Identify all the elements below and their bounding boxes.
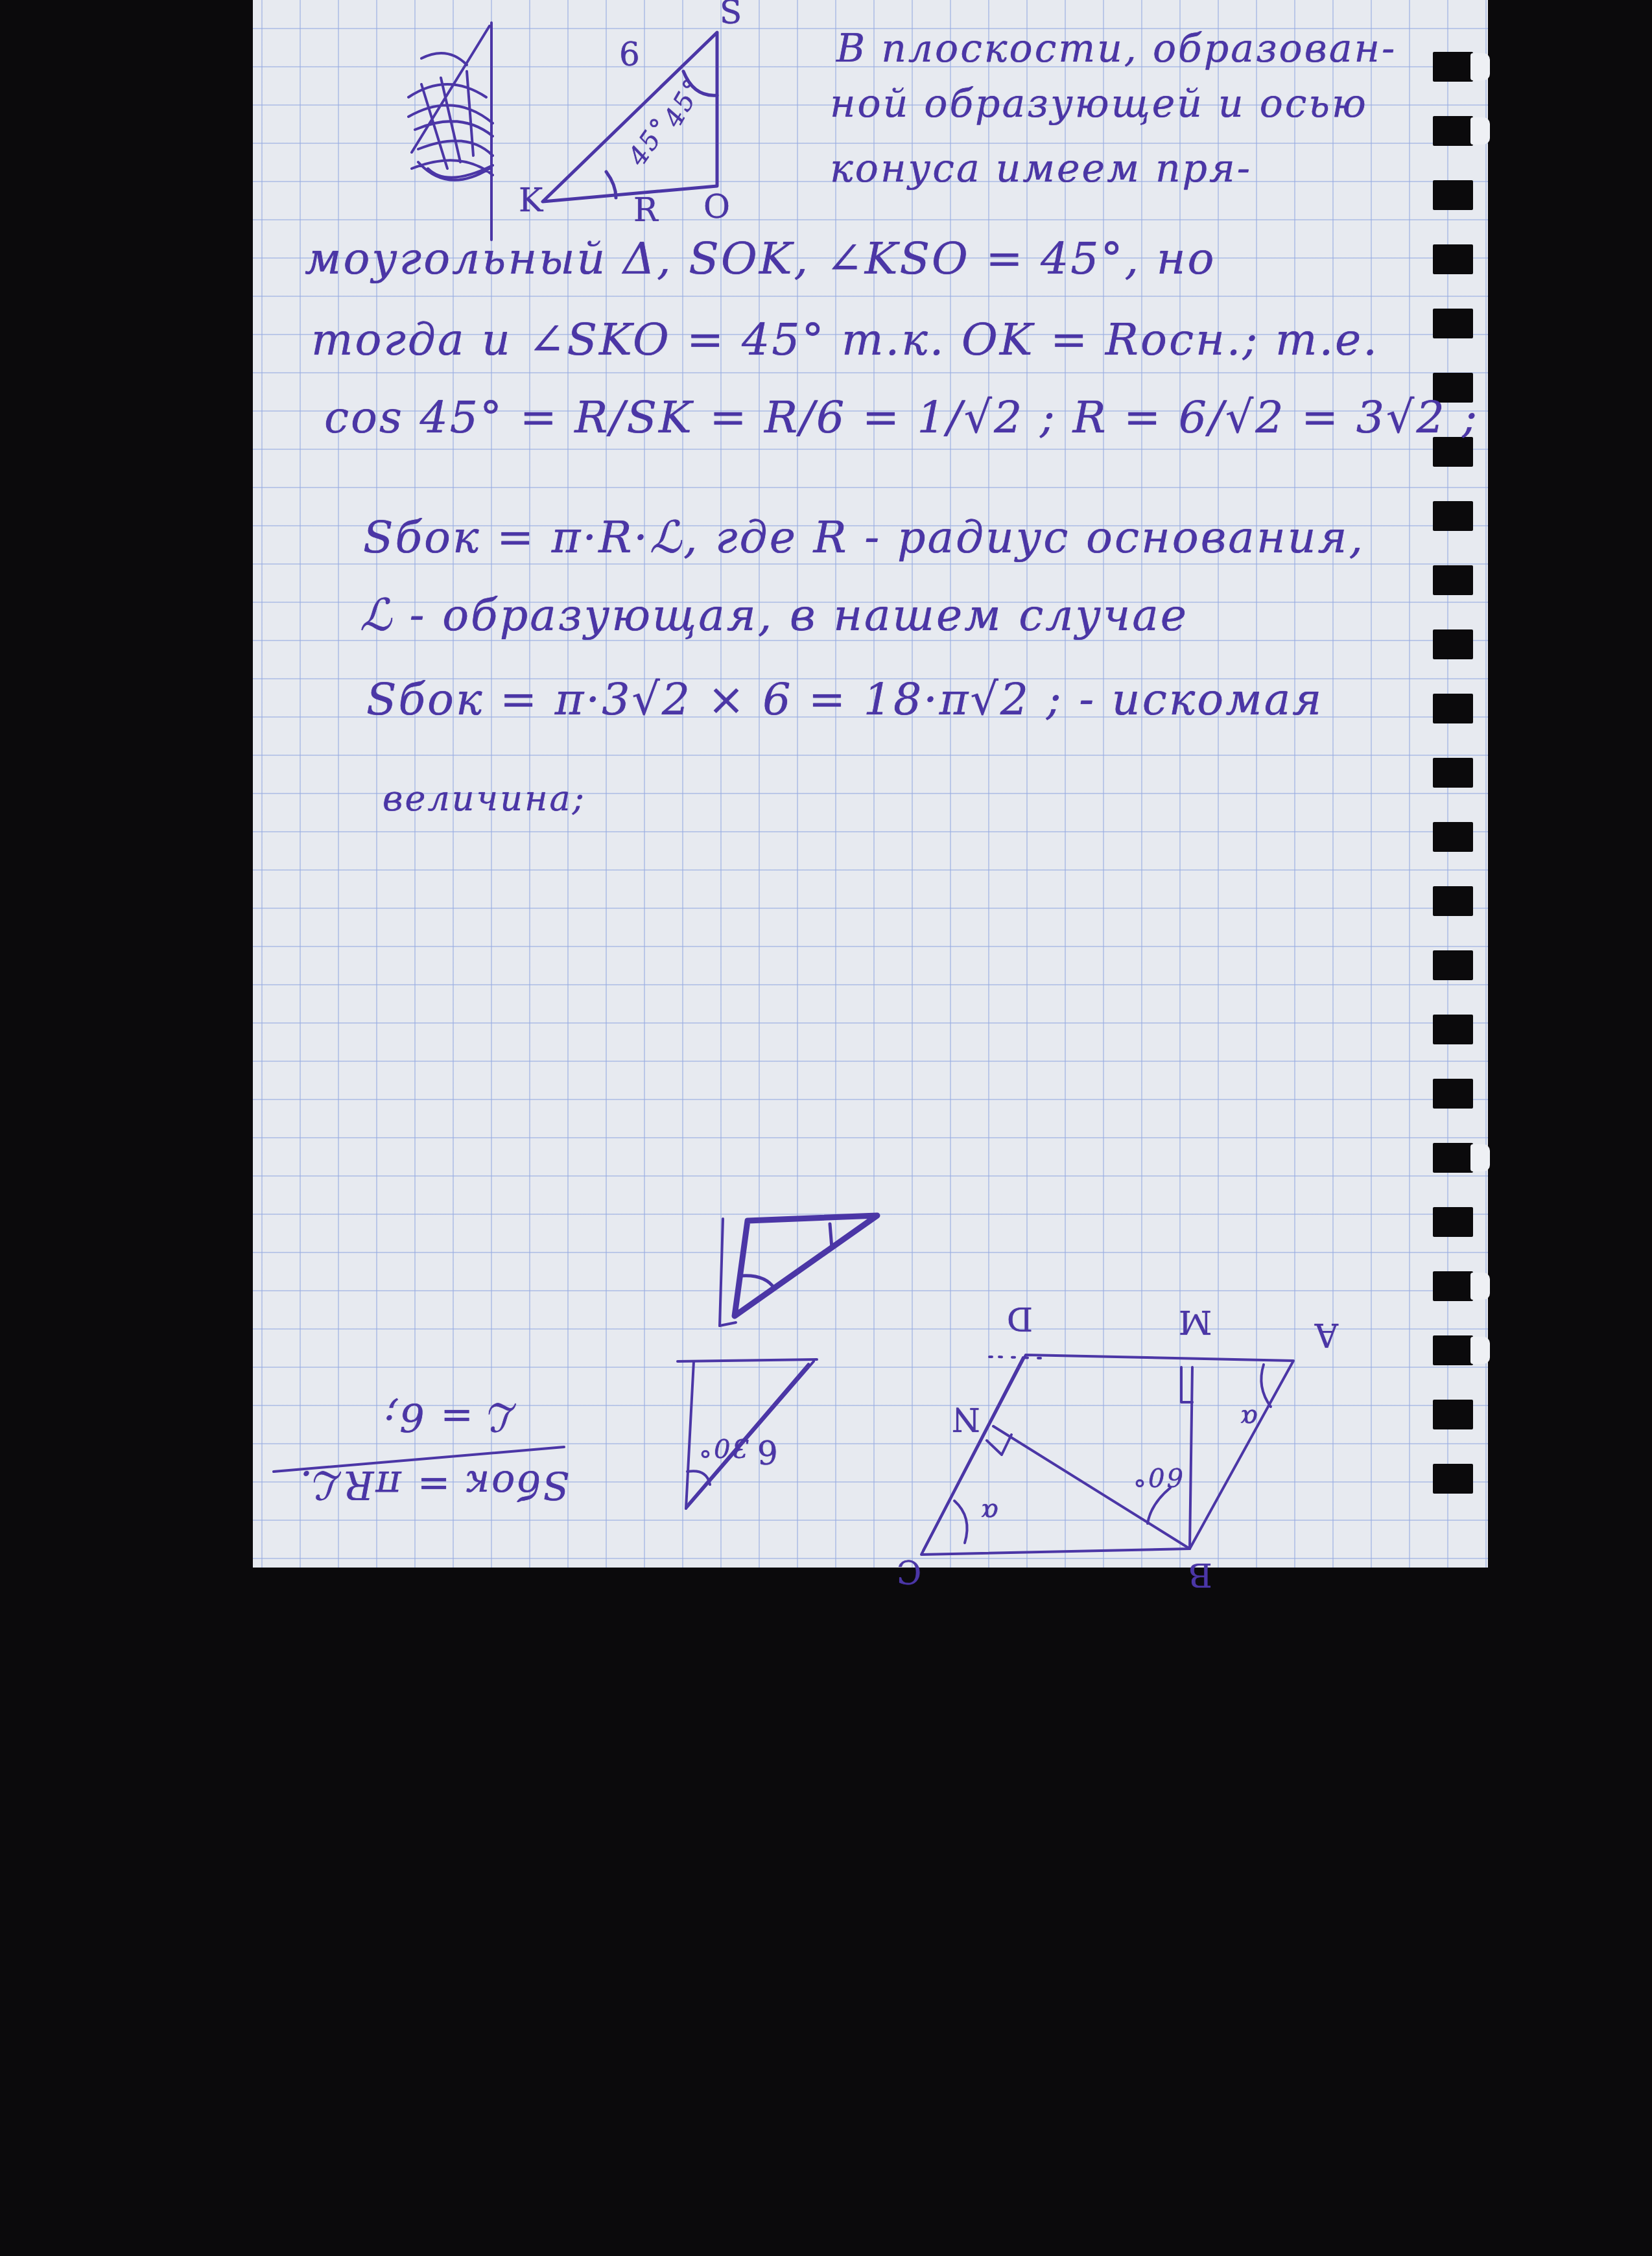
vertex-K-label: K	[519, 182, 545, 219]
bottom-triangle-1	[720, 1216, 877, 1326]
vertex-O-label: O	[703, 188, 732, 226]
notebook-page: S K O 6 R 45° 45° В плоскости, образован…	[253, 0, 1488, 1568]
text-line-4: моугольный Δ, SOK, ∠KSO = 45°, но	[305, 233, 1216, 285]
vertex-bottom-right-label: B	[1186, 1556, 1212, 1593]
angle-alpha-left: α	[979, 1498, 998, 1527]
triangle2-angle-label: 30°	[697, 1433, 749, 1463]
text-line-5: тогда и ∠SKO = 45° т.к. OK = Rосн.; т.е.	[311, 314, 1379, 366]
upside-down-formula: Sбок = πRℒ.	[298, 1462, 569, 1507]
angle-60-label: 60°	[1131, 1462, 1183, 1492]
text-line-3: конуса имеем пря-	[830, 146, 1252, 191]
text-line-8: ℒ - образующая, в нашем случае	[360, 590, 1188, 641]
scribble-drawing	[408, 23, 493, 240]
upside-down-value: ℒ = 6;	[383, 1394, 517, 1439]
text-line-7: Sбок = π·R·ℒ, где R - радиус основания,	[363, 512, 1365, 563]
text-line-9: Sбок = π·3√2 × 6 = 18·π√2 ; - искомая	[366, 674, 1323, 725]
vertex-top-left-label: D	[1005, 1300, 1033, 1337]
vertex-left-label: N	[950, 1400, 980, 1438]
hypotenuse-label: 6	[619, 36, 642, 73]
vertex-bottom-left-label: C	[895, 1553, 921, 1590]
text-line-6: cos 45° = R/SK = R/6 = 1/√2 ; R = 6/√2 =…	[324, 392, 1479, 443]
vertex-top-mid-label: M	[1177, 1303, 1212, 1341]
vertex-top-right-label: A	[1313, 1316, 1338, 1354]
vertex-S-label: S	[720, 0, 744, 31]
parallelogram	[921, 1355, 1293, 1555]
base-label: R	[633, 191, 660, 229]
text-line-2: ной образующей и осью	[830, 81, 1368, 126]
triangle2-side-label: 6	[755, 1433, 778, 1470]
text-line-10: величина;	[383, 778, 586, 819]
angle-alpha-right: α	[1238, 1404, 1258, 1433]
text-line-1: В плоскости, образован-	[836, 26, 1397, 71]
